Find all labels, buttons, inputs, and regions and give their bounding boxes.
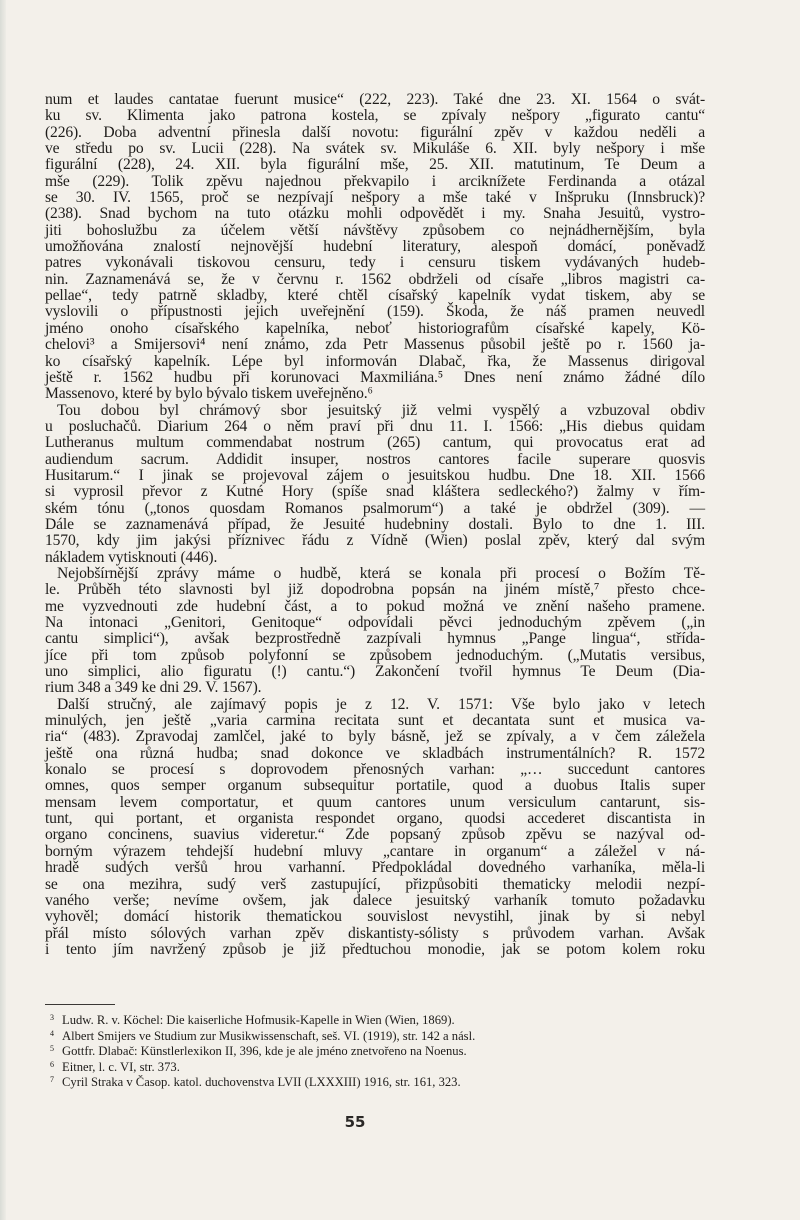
text-line: le. Průběh této slavnosti byl již dopodr… (45, 582, 705, 598)
text-line: ko císařský kapelník. Lépe byl informová… (45, 354, 705, 370)
footnote: 5Gottfr. Dlabač: Künstlerlexikon II, 396… (50, 1041, 710, 1057)
footnote: 7Cyril Straka v Časop. katol. duchovenst… (50, 1072, 710, 1088)
footnote-text: Ludw. R. v. Köchel: Die kaiserliche Hofm… (62, 1013, 455, 1027)
text-line: num et laudes cantatae fuerunt musice“ (… (45, 92, 705, 108)
text-line: uno simplici, alio figuratu (!) cantu.“)… (45, 664, 705, 680)
text-line: i tento jím navržený způsob je již předt… (45, 942, 705, 958)
text-line: chelovi³ a Smijersovi⁴ není známo, zda P… (45, 337, 705, 353)
footnote-text: Cyril Straka v Časop. katol. duchovenstv… (62, 1075, 461, 1089)
footnote: 4Albert Smijers ve Studium zur Musikwiss… (50, 1026, 710, 1042)
text-line: ria“ (483). Zpravodaj zamlčel, jaké to b… (45, 729, 705, 745)
footnote-number: 7 (50, 1072, 62, 1088)
text-line: audiendum sacrum. Addidit insuper, nostr… (45, 452, 705, 468)
text-line: Na intonaci „Genitori, Genitoque“ odpoví… (45, 615, 705, 631)
text-line: Tou dobou byl chrámový sbor jesuitský ji… (45, 403, 705, 419)
text-line: ještě r. 1562 hudbu při korunovaci Maxmi… (45, 370, 705, 386)
footnote-number: 6 (50, 1057, 62, 1073)
text-line: Nejobšírnější zprávy máme o hudbě, která… (45, 566, 705, 582)
text-line: vaného verše; nevíme ovšem, jak dalece j… (45, 893, 705, 909)
text-line: Husitarum.“ I jinak se projevoval zájem … (45, 468, 705, 484)
text-line: Dále se zaznamenává případ, že Jesuité h… (45, 517, 705, 533)
footnotes: 3Ludw. R. v. Köchel: Die kaiserliche Hof… (50, 1010, 710, 1088)
text-line: figurální (228), 24. XII. byla figurální… (45, 157, 705, 173)
text-line: nákladem vytisknouti (446). (45, 550, 705, 566)
text-line: me vyzvednouti zde hudební část, a to po… (45, 599, 705, 615)
text-line: ještě ona různá hudba; snad dokonce ve s… (45, 746, 705, 762)
text-line: rium 348 a 349 ke dni 29. V. 1567). (45, 680, 705, 696)
text-line: jiti bohoslužbu za účelem větší návštěvy… (45, 223, 705, 239)
text-line: u posluchačů. Diarium 264 o něm praví př… (45, 419, 705, 435)
text-line: si vyprosil převor z Kutné Hory (spíše s… (45, 484, 705, 500)
text-line: mše (229). Tolik zpěvu najednou překvapi… (45, 174, 705, 190)
text-line: hradě sudých veršů hrou varhanní. Předpo… (45, 860, 705, 876)
text-line: omnes, quos semper organum subsequitur p… (45, 778, 705, 794)
text-line: patres vykonávali tiskovou censuru, tedy… (45, 255, 705, 271)
text-line: umožňována znalostí nejnovější hudební l… (45, 239, 705, 255)
footnote-number: 3 (50, 1010, 62, 1026)
text-line: cantu simplici“), avšak bezprostředně za… (45, 631, 705, 647)
text-line: jíce při tom způsob polyfonní se způsobe… (45, 648, 705, 664)
page-number: 55 (0, 1113, 710, 1131)
text-line: vyhověl; domácí historik thematickou sou… (45, 909, 705, 925)
page-edge (0, 0, 6, 1220)
footnote-divider (45, 1004, 115, 1005)
text-line: minulých, jen ještě „varia carmina recit… (45, 713, 705, 729)
text-line: Další stručný, ale zajímavý popis je z 1… (45, 697, 705, 713)
text-line: vyslovili o přípustnosti jejich uveřejně… (45, 304, 705, 320)
text-line: ském tónu („tonos quosdam Romanos psalmo… (45, 501, 705, 517)
footnote-number: 4 (50, 1026, 62, 1042)
text-line: Massenovo, které by bylo bývalo tiskem u… (45, 386, 705, 402)
text-line: 1570, kdy jim jakýsi příznivec řádu z Ví… (45, 533, 705, 549)
text-line: pellae“, tedy patrně skladby, které chtě… (45, 288, 705, 304)
text-line: se ona mezihra, sudý verš zastupující, p… (45, 877, 705, 893)
text-line: (238). Snad bychom na tuto otázku mohli … (45, 206, 705, 222)
footnote-number: 5 (50, 1041, 62, 1057)
text-line: ve středu po sv. Lucii (228). Na svátek … (45, 141, 705, 157)
text-line: borným výrazem tehdejší hudební mluvy „c… (45, 844, 705, 860)
text-line: se 30. IV. 1565, proč se nezpívají nešpo… (45, 190, 705, 206)
text-line: mensam levem comportatur, et quum cantor… (45, 795, 705, 811)
text-line: konalo se procesí s doprovodem přenosnýc… (45, 762, 705, 778)
text-line: ku sv. Klimenta jako patrona kostela, se… (45, 108, 705, 124)
text-line: přál místo sólových varhan zpěv diskanti… (45, 926, 705, 942)
footnote: 3Ludw. R. v. Köchel: Die kaiserliche Hof… (50, 1010, 710, 1026)
text-line: organo concinens, suavius videretur.“ Zd… (45, 827, 705, 843)
text-line: tunt, qui portant, et organista responde… (45, 811, 705, 827)
footnote: 6Eitner, l. c. VI, str. 373. (50, 1057, 710, 1073)
text-line: jméno onoho císařského kapelníka, neboť … (45, 321, 705, 337)
text-line: Lutheranus multum commendabat nostrum (2… (45, 435, 705, 451)
text-line: nin. Zaznamenává se, že v červnu r. 1562… (45, 272, 705, 288)
text-line: (226). Doba adventní přinesla další novo… (45, 125, 705, 141)
body-text: num et laudes cantatae fuerunt musice“ (… (45, 92, 705, 958)
